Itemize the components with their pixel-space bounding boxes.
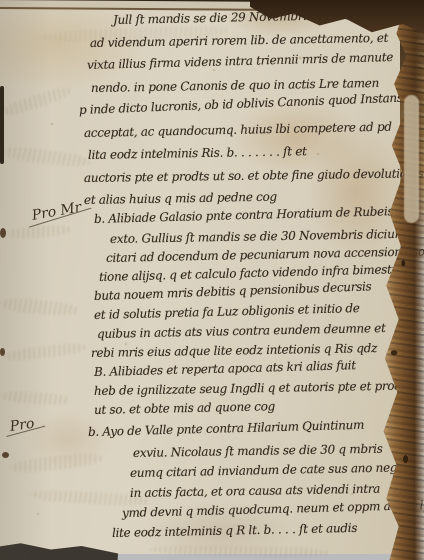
margin-note: Pro (9, 416, 36, 435)
left-edge-spot (2, 452, 9, 458)
page-above-edge (0, 0, 272, 11)
left-edge-spot (0, 228, 6, 238)
left-page-edge-mark (0, 86, 4, 164)
under-page-edge (404, 95, 419, 223)
manuscript-photo: 1203 Pro Mr Pro Jull ſt mandis se die 29… (0, 0, 424, 560)
left-edge-spot (0, 348, 5, 356)
